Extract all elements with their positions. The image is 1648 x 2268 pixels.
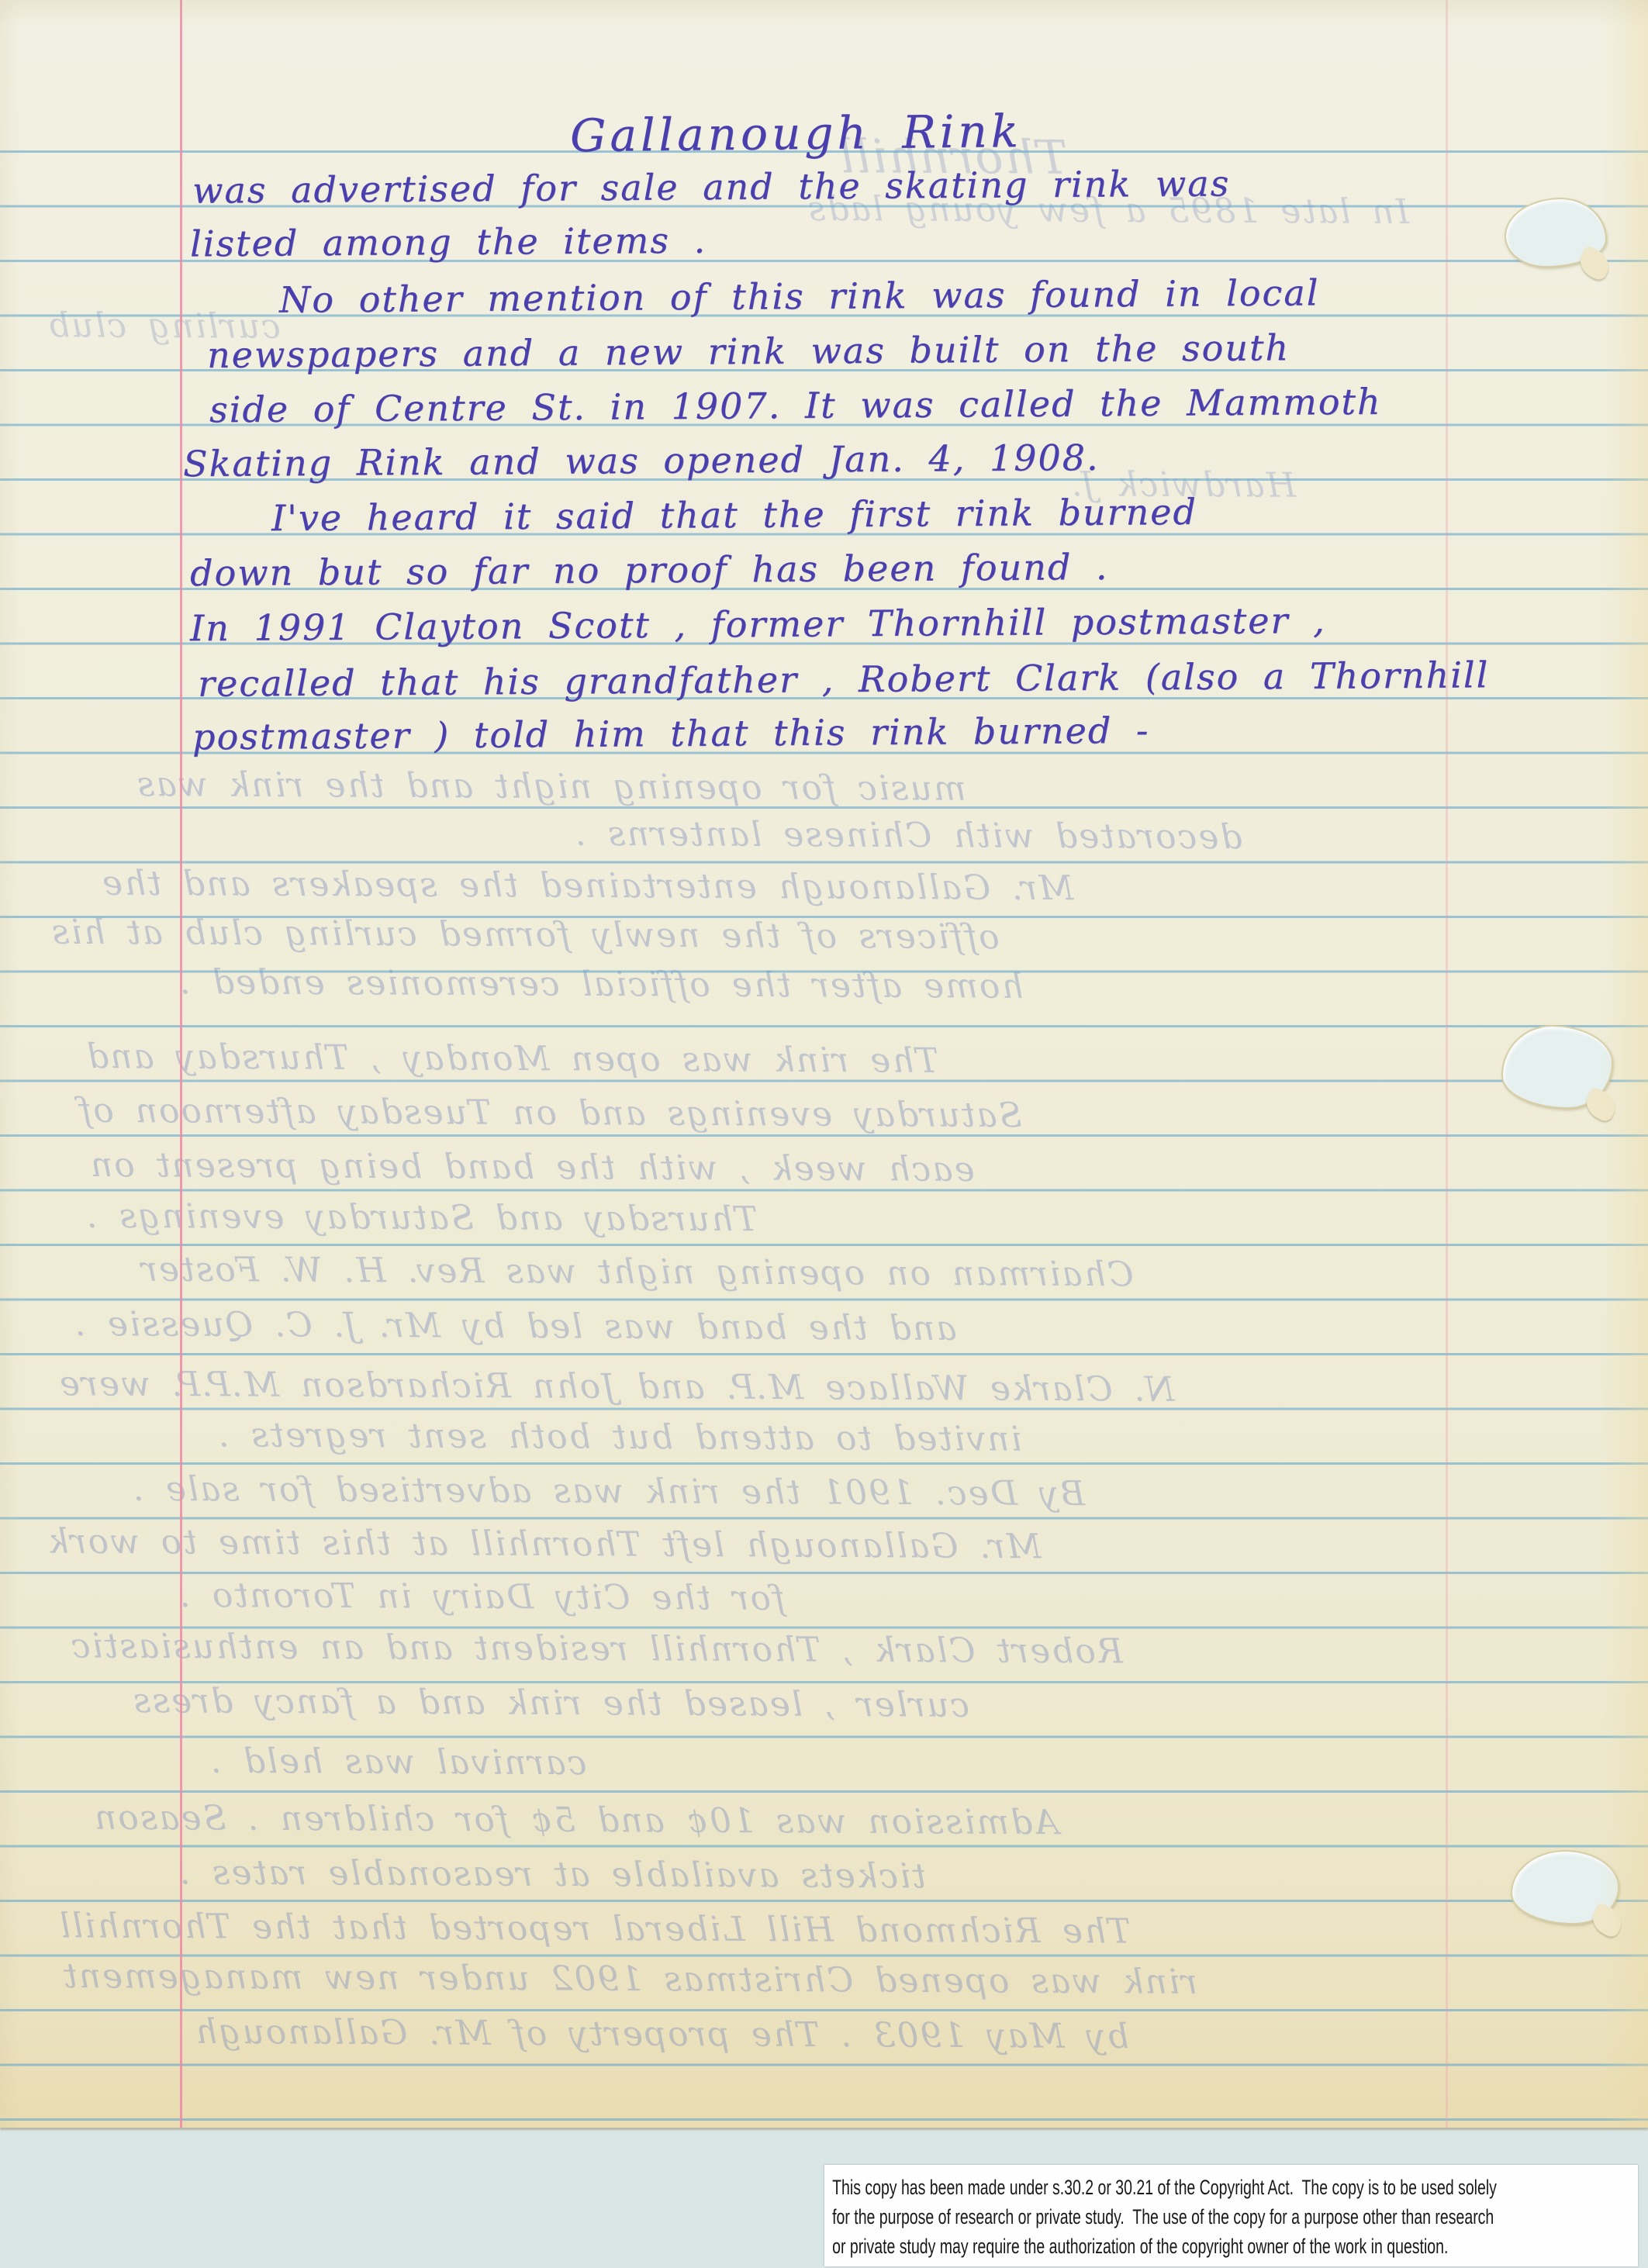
handwritten-line: I've heard it said that the first rink b… xyxy=(271,491,1197,539)
scanned-page: music for opening night and the rink was… xyxy=(0,0,1648,2268)
page-title: Gallanough Rink xyxy=(570,105,1023,162)
left-margin-line xyxy=(180,0,182,2128)
handwritten-line: postmaster ) told him that this rink bur… xyxy=(192,709,1150,758)
handwritten-line: newspapers and a new rink was built on t… xyxy=(207,326,1290,376)
handwritten-line-text: down but so far no proof has been found … xyxy=(190,546,1109,594)
copyright-stamp-text: This copy has been made under s.30.2 or … xyxy=(824,2165,1638,2261)
copyright-stamp: This copy has been made under s.30.2 or … xyxy=(824,2165,1638,2266)
handwritten-line: listed among the items . xyxy=(190,219,707,265)
handwritten-line-text: listed among the items . xyxy=(190,219,707,265)
paper-hole-middle xyxy=(1501,1025,1613,1109)
handwritten-line-text: was advertised for sale and the skating … xyxy=(192,162,1231,211)
stamp-line: for the purpose of research or private s… xyxy=(832,2202,1638,2232)
handwritten-line-text: I've heard it said that the first rink b… xyxy=(271,491,1197,539)
handwritten-line: was advertised for sale and the skating … xyxy=(192,162,1231,211)
handwritten-line-text: In 1991 Clayton Scott , former Thornhill… xyxy=(190,599,1326,649)
handwritten-line-text: newspapers and a new rink was built on t… xyxy=(207,326,1290,376)
handwritten-line: Skating Rink and was opened Jan. 4, 1908… xyxy=(183,437,1100,485)
handwritten-line: side of Centre St. in 1907. It was calle… xyxy=(209,381,1382,431)
handwritten-line-text: Skating Rink and was opened Jan. 4, 1908… xyxy=(183,437,1100,485)
handwritten-line: No other mention of this rink was found … xyxy=(279,271,1320,320)
handwritten-line-text: side of Centre St. in 1907. It was calle… xyxy=(209,381,1382,431)
handwritten-line: In 1991 Clayton Scott , former Thornhill… xyxy=(190,599,1326,649)
handwritten-line-text: No other mention of this rink was found … xyxy=(279,271,1320,320)
handwritten-line: down but so far no proof has been found … xyxy=(190,546,1109,594)
right-margin-line xyxy=(1446,0,1448,2128)
handwritten-line-text: postmaster ) told him that this rink bur… xyxy=(192,709,1150,758)
stamp-line: or private study may require the authori… xyxy=(832,2232,1638,2261)
stamp-line: This copy has been made under s.30.2 or … xyxy=(832,2173,1638,2202)
paper-hole-bottom xyxy=(1511,1850,1619,1925)
notebook-paper: music for opening night and the rink was… xyxy=(0,0,1648,2128)
